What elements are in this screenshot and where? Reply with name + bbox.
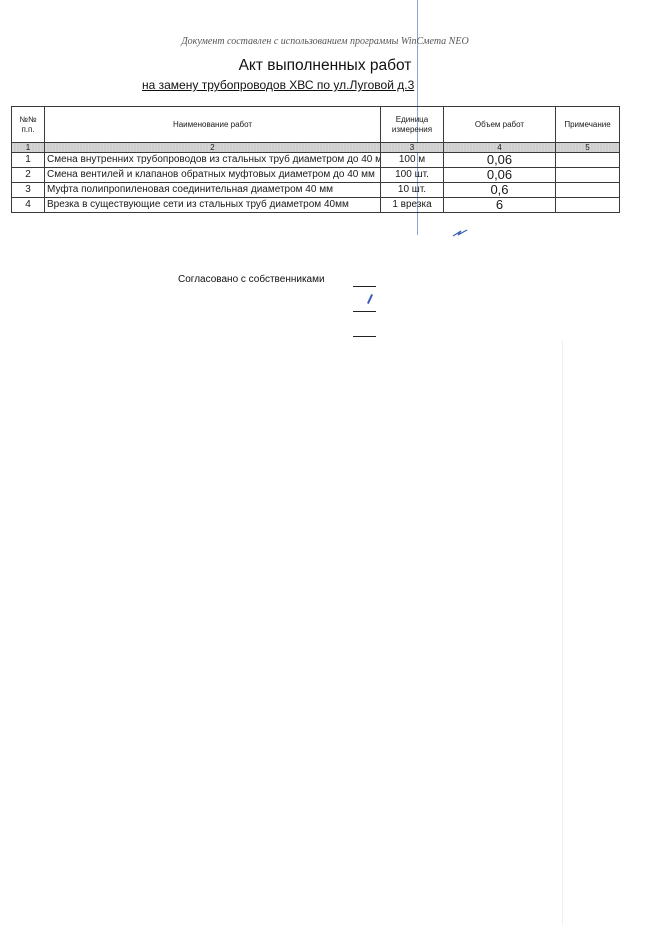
signature-line — [353, 336, 376, 337]
scan-artifact-faint-line — [562, 340, 563, 925]
work-name: Врезка в существующие сети из стальных т… — [45, 198, 381, 213]
table-row: 1 Смена внутренних трубопроводов из стал… — [12, 153, 620, 168]
table-row: 3 Муфта полипропиленовая соединительная … — [12, 183, 620, 198]
header-name: Наименование работ — [45, 107, 381, 143]
work-unit: 100 шт. — [381, 168, 444, 183]
work-volume: 0,06 — [444, 168, 556, 183]
work-volume: 6 — [444, 198, 556, 213]
work-volume: 0,06 — [444, 153, 556, 168]
work-note — [556, 153, 620, 168]
pen-mark-icon — [452, 229, 468, 237]
col-index: 3 — [381, 143, 444, 153]
signature-line — [353, 311, 376, 312]
row-number: 4 — [12, 198, 45, 213]
work-note — [556, 168, 620, 183]
signature-mark-icon — [367, 294, 373, 304]
col-index: 1 — [12, 143, 45, 153]
table-row: 4 Врезка в существующие сети из стальных… — [12, 198, 620, 213]
work-unit: 100 м — [381, 153, 444, 168]
work-volume: 0,6 — [444, 183, 556, 198]
header-volume: Объем работ — [444, 107, 556, 143]
work-note — [556, 198, 620, 213]
signature-line — [353, 286, 376, 287]
row-number: 2 — [12, 168, 45, 183]
work-unit: 1 врезка — [381, 198, 444, 213]
header-note: Примечание — [556, 107, 620, 143]
header-unit: Единица измерения — [381, 107, 444, 143]
work-note — [556, 183, 620, 198]
work-name: Муфта полипропиленовая соединительная ди… — [45, 183, 381, 198]
col-index: 4 — [444, 143, 556, 153]
work-name: Смена вентилей и клапанов обратных муфто… — [45, 168, 381, 183]
col-index: 5 — [556, 143, 620, 153]
software-note: Документ составлен с использованием прог… — [0, 36, 650, 47]
agreed-label: Согласовано с собственниками — [178, 274, 325, 285]
column-index-row: 1 2 3 4 5 — [12, 143, 620, 153]
table-row: 2 Смена вентилей и клапанов обратных муф… — [12, 168, 620, 183]
work-unit: 10 шт. — [381, 183, 444, 198]
works-table: №№ п.п. Наименование работ Единица измер… — [11, 106, 620, 213]
header-num: №№ п.п. — [12, 107, 45, 143]
work-name: Смена внутренних трубопроводов из стальн… — [45, 153, 381, 168]
col-index: 2 — [45, 143, 381, 153]
row-number: 1 — [12, 153, 45, 168]
document-title: Акт выполненных работ — [0, 57, 650, 75]
table-header-row: №№ п.п. Наименование работ Единица измер… — [12, 107, 620, 143]
row-number: 3 — [12, 183, 45, 198]
document-subtitle: на замену трубопроводов ХВС по ул.Лугово… — [142, 78, 414, 92]
